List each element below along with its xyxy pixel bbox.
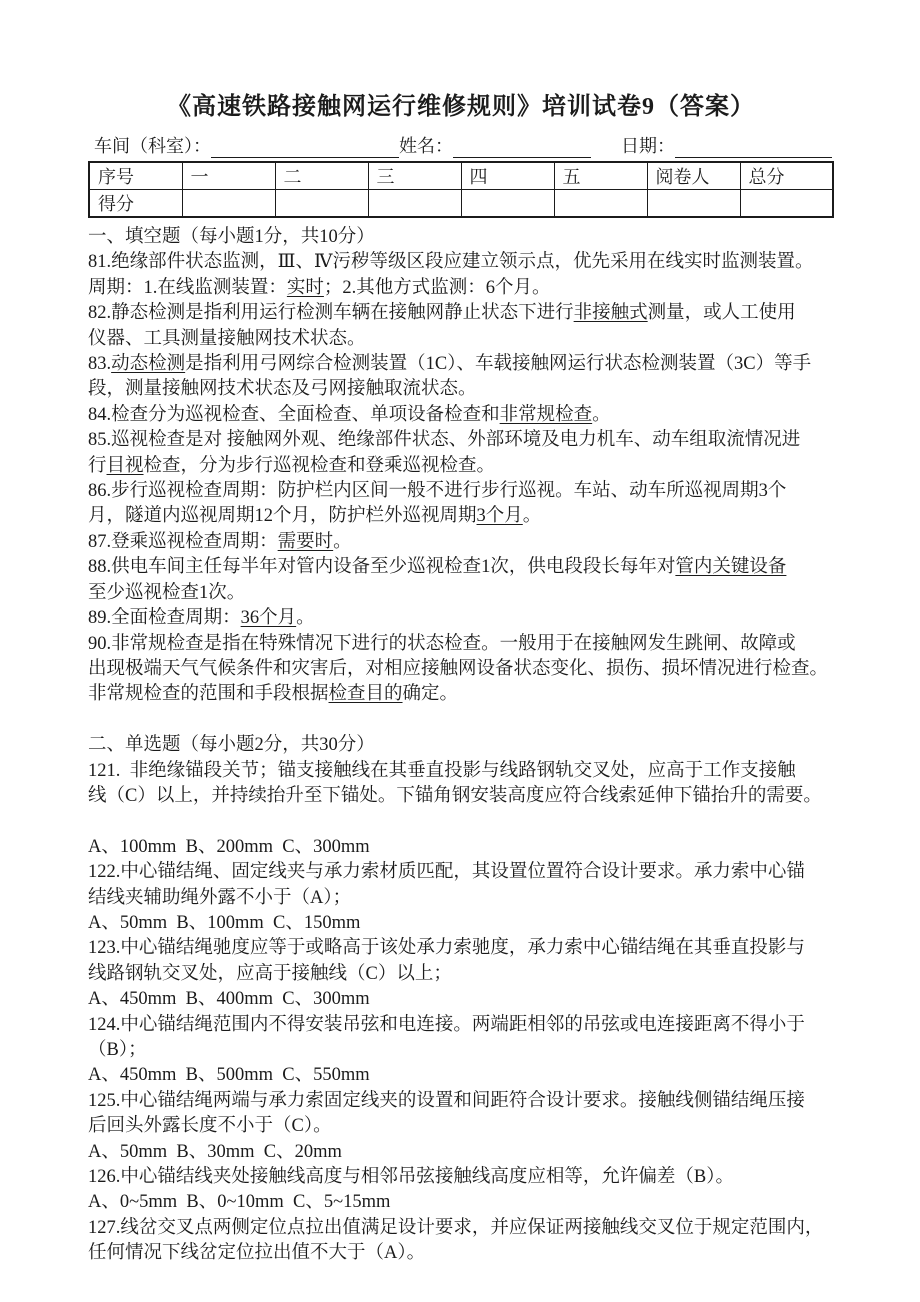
score-table-header-row: 序号 一 二 三 四 五 阅卷人 总分: [89, 162, 833, 190]
col-four: 四: [461, 162, 554, 190]
question-122-options: A、50mm B、100mm C、150mm: [88, 911, 834, 936]
blank-line: [88, 708, 834, 733]
score-cell-one[interactable]: [182, 190, 275, 218]
page-title: 《高速铁路接触网运行维修规则》培训试卷9（答案）: [88, 86, 834, 121]
score-cell-three[interactable]: [368, 190, 461, 218]
col-two: 二: [275, 162, 368, 190]
section-1-heading: 一、填空题（每小题1分，共10分）: [88, 225, 834, 250]
col-three: 三: [368, 162, 461, 190]
question-121: 121. 非绝缘锚段关节；锚支接触线在其垂直投影与线路钢轨交叉处，应高于工作支接…: [88, 759, 834, 810]
question-122: 122.中心锚结绳、固定线夹与承力索材质匹配，其设置位置符合设计要求。承力索中心…: [88, 860, 834, 911]
score-cell-five[interactable]: [554, 190, 647, 218]
col-one: 一: [182, 162, 275, 190]
workshop-label: 车间（科室）：: [94, 132, 211, 158]
col-total: 总分: [740, 162, 833, 190]
score-cell-grader[interactable]: [647, 190, 740, 218]
score-cell-total[interactable]: [740, 190, 833, 218]
score-cell-two[interactable]: [275, 190, 368, 218]
col-five: 五: [554, 162, 647, 190]
question-124: 124.中心锚结绳范围内不得安装吊弦和电连接。两端距相邻的吊弦或电连接距离不得小…: [88, 1013, 834, 1064]
question-123: 123.中心锚结绳驰度应等于或略高于该处承力索驰度，承力索中心锚结绳在其垂直投影…: [88, 936, 834, 987]
question-90: 90.非常规检查是指在特殊情况下进行的状态检查。一般用于在接触网发生跳闸、故障或…: [88, 632, 834, 708]
question-88: 88.供电车间主任每半年对管内设备至少巡视检查1次，供电段段长每年对管内关键设备…: [88, 555, 834, 606]
section-2-heading: 二、单选题（每小题2分，共30分）: [88, 733, 834, 758]
question-85: 85.巡视检查是对 接触网外观、绝缘部件状态、外部环境及电力机车、动车组取流情况…: [88, 428, 834, 479]
question-126: 126.中心锚结线夹处接触线高度与相邻吊弦接触线高度应相等，允许偏差（B）。: [88, 1165, 834, 1190]
question-86: 86.步行巡视检查周期：防护栏内区间一般不进行步行巡视。车站、动车所巡视周期3个…: [88, 479, 834, 530]
question-84: 84.检查分为巡视检查、全面检查、单项设备检查和非常规检查。: [88, 403, 834, 428]
question-125-options: A、50mm B、30mm C、20mm: [88, 1140, 834, 1165]
question-89: 89.全面检查周期：36个月。: [88, 606, 834, 631]
score-row-label: 得分: [89, 190, 182, 218]
exam-body: 一、填空题（每小题1分，共10分） 81.绝缘部件状态监测，Ⅲ、Ⅳ污秽等级区段应…: [88, 225, 834, 1267]
question-124-options: A、450mm B、500mm C、550mm: [88, 1063, 834, 1088]
question-81: 81.绝缘部件状态监测，Ⅲ、Ⅳ污秽等级区段应建立领示点，优先采用在线实时监测装置…: [88, 250, 834, 301]
question-83: 83.动态检测是指利用弓网综合检测装置（1C）、车载接触网运行状态检测装置（3C…: [88, 352, 834, 403]
col-grader: 阅卷人: [647, 162, 740, 190]
date-label: 日期：: [621, 132, 675, 158]
question-82: 82.静态检测是指利用运行检测车辆在接触网静止状态下进行非接触式测量，或人工使用…: [88, 301, 834, 352]
question-87: 87.登乘巡视检查周期：需要时。: [88, 530, 834, 555]
question-121-options: A、100mm B、200mm C、300mm: [88, 835, 834, 860]
exam-header-fields: 车间（科室）： 姓名： 日期：: [94, 133, 832, 158]
question-127: 127.线岔交叉点两侧定位点拉出值满足设计要求，并应保证两接触线交叉位于规定范围…: [88, 1216, 834, 1267]
question-125: 125.中心锚结绳两端与承力索固定线夹的设置和间距符合设计要求。接触线侧锚结绳压…: [88, 1089, 834, 1140]
exam-document-page: 《高速铁路接触网运行维修规则》培训试卷9（答案） 车间（科室）： 姓名： 日期：…: [0, 0, 920, 1302]
name-blank-field[interactable]: [453, 136, 591, 158]
score-table: 序号 一 二 三 四 五 阅卷人 总分 得分: [88, 161, 834, 218]
col-xuhao: 序号: [89, 162, 182, 190]
question-126-options: A、0~5mm B、0~10mm C、5~15mm: [88, 1190, 834, 1215]
blank-line: [88, 809, 834, 834]
score-cell-four[interactable]: [461, 190, 554, 218]
question-123-options: A、450mm B、400mm C、300mm: [88, 987, 834, 1012]
workshop-blank-field[interactable]: [211, 136, 399, 158]
date-blank-field[interactable]: [675, 136, 832, 158]
score-table-score-row: 得分: [89, 190, 833, 218]
name-label: 姓名：: [399, 132, 453, 158]
